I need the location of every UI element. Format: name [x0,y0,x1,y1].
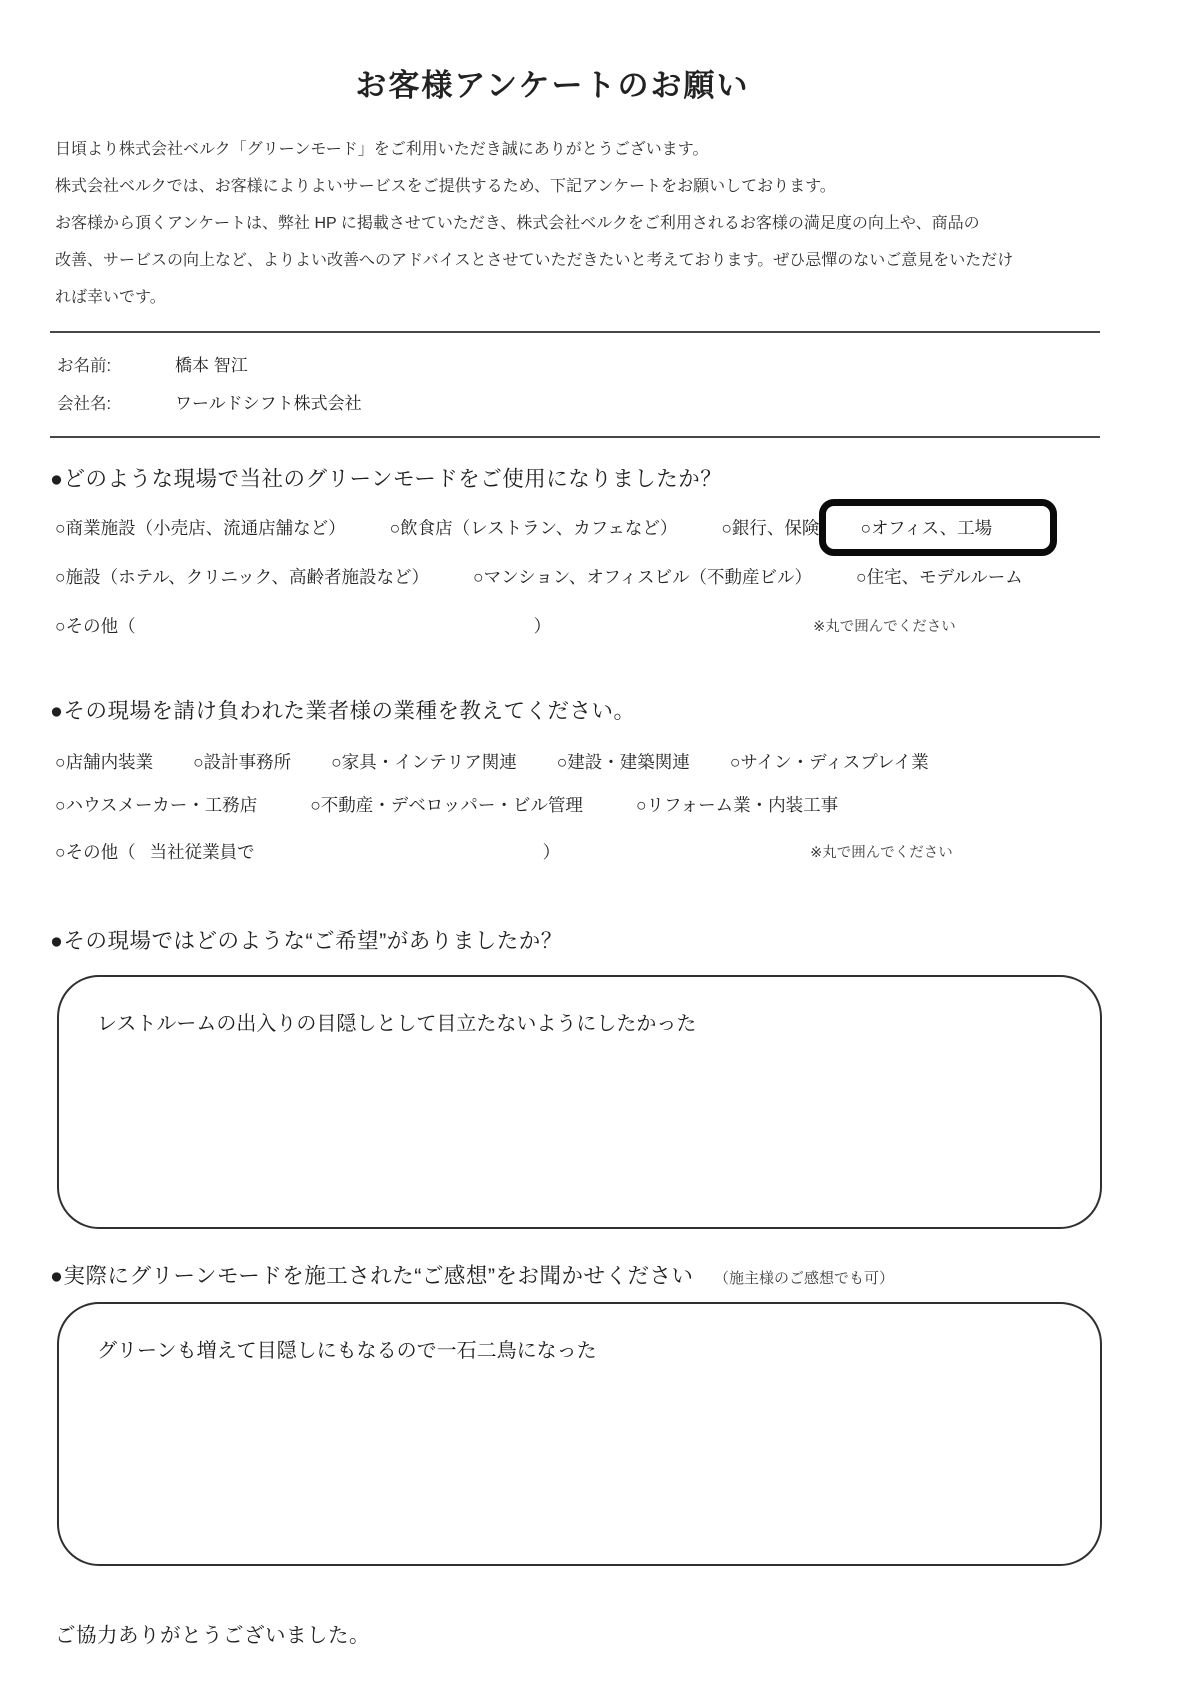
intro-line-1: 日頃より株式会社ベルク「グリーンモード」をご利用いただき誠にありがとうございます… [55,131,1105,168]
intro-line-5: れば幸いです。 [55,279,1105,316]
q2-option-real-estate-developer: ○不動産・デベロッパー・ビル管理 [310,792,583,817]
scanned-survey-page: お客様アンケートのお願い 日頃より株式会社ベルク「グリーンモード」をご利用いただ… [0,0,1200,1698]
q2-option-construction: ○建設・建築関連 [557,749,690,774]
q1-options-row-1: ○商業施設（小売店、流通店舗など） ○飲食店（レストラン、カフェなど） ○銀行、… [55,515,1105,540]
q4-heading-text: ●実際にグリーンモードを施工された“ご感想”をお聞かせください [50,1264,694,1288]
q3-answer-text: レストルームの出入りの目隠しとして目立たないようにしたかった [97,1007,1062,1036]
q1-option-restaurant: ○飲食店（レストラン、カフェなど） [390,515,678,540]
q2-option-sign-display: ○サイン・ディスプレイ業 [730,749,929,774]
q3-heading: ●その現場ではどのような“ご希望”がありましたか？ [50,924,1105,955]
company-value: ワールドシフト株式会社 [175,389,362,414]
q2-option-furniture-interior: ○家具・インテリア関連 [331,749,517,774]
q2-other-row: ○その他（ 当社従業員で ） ※丸で囲んでください [55,839,1105,864]
q2-option-house-maker: ○ハウスメーカー・工務店 [55,792,257,817]
q1-option-residence-model-room: ○住宅、モデルルーム [856,564,1023,589]
divider-bottom [50,436,1100,438]
survey-content: お客様アンケートのお願い 日頃より株式会社ベルク「グリーンモード」をご利用いただ… [0,0,1105,1648]
q2-other-close-paren: ） [543,839,561,864]
q1-other-label: ○その他（ [55,613,136,638]
q2-options-row-2: ○ハウスメーカー・工務店 ○不動産・デベロッパー・ビル管理 ○リフォーム業・内装… [55,792,1105,817]
q2-options-row-1: ○店舗内装業 ○設計事務所 ○家具・インテリア関連 ○建設・建築関連 ○サイン・… [55,749,1105,774]
q2-option-design-office: ○設計事務所 [193,749,291,774]
q4-answer-box: グリーンも増えて目隠しにもなるので一石二鳥になった [57,1302,1102,1566]
name-value: 橋本 智江 [175,351,248,376]
q1-options-row-2: ○施設（ホテル、クリニック、高齢者施設など） ○マンション、オフィスビル（不動産… [55,564,1105,589]
q1-option-commercial-facility: ○商業施設（小売店、流通店舗など） [55,515,346,540]
name-label: お名前: [57,352,175,376]
company-label: 会社名: [57,390,175,414]
q1-heading: ●どのような現場で当社のグリーンモードをご使用になりましたか？ [50,462,1105,493]
q1-option-mansion-office-building: ○マンション、オフィスビル（不動産ビル） [473,564,812,589]
q2-option-reform-interior-work: ○リフォーム業・内装工事 [636,792,838,817]
q2-other-label: ○その他（ [55,839,136,864]
divider-top [50,331,1100,333]
page-title: お客様アンケートのお願い [0,0,1105,105]
respondent-section: お名前: 橋本 智江 会社名: ワールドシフト株式会社 [57,351,1105,414]
q2-heading: ●その現場を請け負われた業者様の業種を教えてください。 [50,694,1105,725]
q1-option-office-factory-circled: ○オフィス、工場 [819,499,1057,556]
intro-paragraph: 日頃より株式会社ベルク「グリーンモード」をご利用いただき誠にありがとうございます… [55,131,1105,316]
q1-other-row: ○その他（ ） ※丸で囲んでください [55,613,1105,638]
q4-answer-text: グリーンも増えて目隠しにもなるので一石二鳥になった [97,1334,1062,1363]
q1-other-close-paren: ） [534,613,552,638]
closing-message: ご協力ありがとうございました。 [55,1618,1105,1648]
q3-answer-box: レストルームの出入りの目隠しとして目立たないようにしたかった [57,975,1102,1229]
q2-circle-instruction-note: ※丸で囲んでください [810,841,953,862]
q2-option-shop-interior: ○店舗内装業 [55,749,153,774]
intro-line-3: お客様から頂くアンケートは、弊社 HP に掲載させていただき、株式会社ベルクをご… [55,205,1105,242]
intro-line-4: 改善、サービスの向上など、よりよい改善へのアドバイスとさせていただきたいと考えて… [55,242,1105,279]
q1-option-bank-insurance: ○銀行、保険 [721,515,819,540]
q2-other-handwritten-value: 当社従業員で [150,839,255,864]
name-row: お名前: 橋本 智江 [57,351,1105,376]
q1-option-facility: ○施設（ホテル、クリニック、高齢者施設など） [55,564,429,589]
q4-heading: ●実際にグリーンモードを施工された“ご感想”をお聞かせください （施主様のご感想… [50,1259,1105,1290]
q1-circle-instruction-note: ※丸で囲んでください [813,615,956,636]
intro-line-2: 株式会社ベルクでは、お客様によりよいサービスをご提供するため、下記アンケートをお… [55,168,1105,205]
q4-heading-note: （施主様のご感想でも可） [714,1270,894,1287]
company-row: 会社名: ワールドシフト株式会社 [57,389,1105,414]
